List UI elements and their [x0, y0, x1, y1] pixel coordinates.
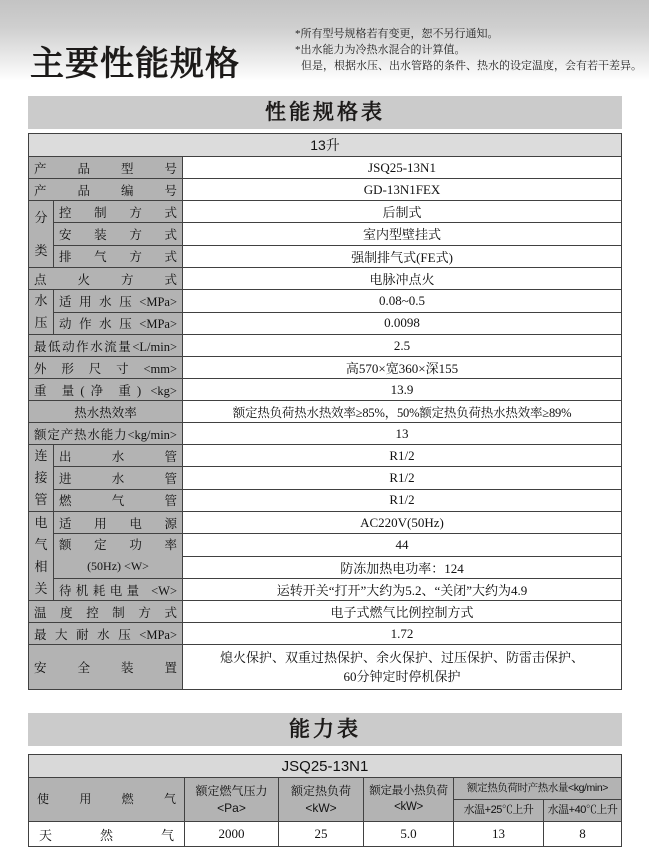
- table-row: 电气相关 适 用 电 源 AC220V(50Hz): [29, 512, 622, 534]
- table-row: 连接管 出 水 管 R1/2: [29, 445, 622, 467]
- note-line: *所有型号规格若有变更，恕不另行通知。: [295, 27, 642, 43]
- col-header-gas-pressure: 额定燃气压力 <Pa>: [185, 778, 279, 822]
- heat-load-unit: <kW>: [282, 800, 360, 816]
- note-line: 但是，根据水压、出水管路的条件、热水的设定温度，会有若干差异。: [295, 59, 642, 75]
- row-label-product-code: 产 品 编 号: [29, 179, 183, 201]
- row-label-inlet-pipe: 进 水 管: [54, 467, 183, 489]
- row-label-temp-control: 温 度 控 制 方 式: [29, 601, 183, 623]
- row-value-outlet-pipe: R1/2: [183, 445, 622, 467]
- safety-value-line1: 熄火保护、双重过热保护、余火保护、过压保护、防雷击保护、: [189, 648, 615, 668]
- row-value-install-method: 室内型壁挂式: [183, 223, 622, 245]
- table-row: 热水热效率 额定热负荷热水热效率≥85%，50%额定热负荷热水热效率≥89%: [29, 401, 622, 423]
- page-header: 主要性能规格 *所有型号规格若有变更，恕不另行通知。 *出水能力为冷热水混合的计…: [0, 0, 649, 92]
- row-value-min-flow: 2.5: [183, 335, 622, 357]
- table-row: 安 装 方 式 室内型壁挂式: [29, 223, 622, 245]
- safety-value-line2: 60分钟定时停机保护: [189, 667, 615, 687]
- table-row: 重 量(净 重) <kg> 13.9: [29, 379, 622, 401]
- table-row: 燃 气 管 R1/2: [29, 489, 622, 511]
- row-label-min-flow: 最低动作水流量<L/min>: [29, 335, 183, 357]
- table-row: 使 用 燃 气 额定燃气压力 <Pa> 额定热负荷 <kW> 额定最小热负荷 <…: [29, 778, 622, 800]
- page-content: 性能规格表 13升 产 品 型 号 JSQ25-13N1 产 品 编 号 GD-…: [28, 96, 622, 847]
- capacity-model-header: JSQ25-13N1: [29, 755, 622, 778]
- row-value-power-supply: AC220V(50Hz): [183, 512, 622, 534]
- row-label-outlet-pipe: 出 水 管: [54, 445, 183, 467]
- col-header-min-heat-load: 额定最小热负荷 <kW>: [364, 778, 454, 822]
- table-row: 天 然 气 2000 25 5.0 13 8: [29, 822, 622, 847]
- row-value-max-pressure: 1.72: [183, 623, 622, 645]
- cell-min-heat-load: 5.0: [364, 822, 454, 847]
- row-label-gas-pipe: 燃 气 管: [54, 489, 183, 511]
- group-label-pipes: 连接管: [29, 445, 54, 512]
- table-row: 分类 控 制 方 式 后制式: [29, 201, 622, 223]
- page-title: 主要性能规格: [30, 36, 240, 85]
- row-value-ignition: 电脉冲点火: [183, 268, 622, 290]
- capacity-table-heading: 能力表: [28, 713, 622, 746]
- row-value-standby-power: 运转开关“打开”大约为5.2、“关闭”大约为4.9: [183, 579, 622, 601]
- table-row: 待机耗电量 <W> 运转开关“打开”大约为5.2、“关闭”大约为4.9: [29, 579, 622, 601]
- row-value-operating-pressure: 0.0098: [183, 312, 622, 335]
- table-row: 动 作 水 压 <MPa> 0.0098: [29, 312, 622, 335]
- gas-pressure-unit: <Pa>: [188, 800, 275, 816]
- table-row: JSQ25-13N1: [29, 755, 622, 778]
- table-row: 最 大 耐 水 压 <MPa> 1.72: [29, 623, 622, 645]
- table-row: 13升: [29, 134, 622, 157]
- spec-table: 13升 产 品 型 号 JSQ25-13N1 产 品 编 号 GD-13N1FE…: [28, 133, 622, 690]
- table-row: 点 火 方 式 电脉冲点火: [29, 268, 622, 290]
- table-row: 温 度 控 制 方 式 电子式燃气比例控制方式: [29, 601, 622, 623]
- table-row: 外 形 尺 寸 <mm> 高570×宽360×深155: [29, 357, 622, 379]
- note-line: *出水能力为冷热水混合的计算值。: [295, 43, 642, 59]
- row-value-product-model: JSQ25-13N1: [183, 157, 622, 179]
- cell-rise-25: 13: [454, 822, 544, 847]
- size-header-cell: 13升: [29, 134, 622, 157]
- row-value-temp-control: 电子式燃气比例控制方式: [183, 601, 622, 623]
- heat-load-label: 额定热负荷: [291, 784, 351, 798]
- spec-table-heading: 性能规格表: [28, 96, 622, 129]
- table-row: 进 水 管 R1/2: [29, 467, 622, 489]
- row-label-max-pressure: 最 大 耐 水 压 <MPa>: [29, 623, 183, 645]
- table-row: 额定产热水能力<kg/min> 13: [29, 423, 622, 445]
- table-row: 排 气 方 式 强制排气式(FE式): [29, 245, 622, 267]
- row-value-rated-capacity: 13: [183, 423, 622, 445]
- cell-fuel: 天 然 气: [29, 822, 185, 847]
- row-value-efficiency: 额定热负荷热水热效率≥85%，50%额定热负荷热水热效率≥89%: [183, 401, 622, 423]
- row-value-exhaust-method: 强制排气式(FE式): [183, 245, 622, 267]
- cell-gas-pressure: 2000: [185, 822, 279, 847]
- gas-pressure-label: 额定燃气压力: [195, 784, 267, 798]
- row-label-product-model: 产 品 型 号: [29, 157, 183, 179]
- row-value-gas-pipe: R1/2: [183, 489, 622, 511]
- col-header-rise-25: 水温+25℃上升: [454, 800, 544, 822]
- col-header-hot-water-output: 额定热负荷时产热水量<kg/min>: [454, 778, 622, 800]
- row-value-antifreeze-power: 防冻加热电功率：124: [183, 557, 622, 579]
- row-value-rated-power: 44: [183, 534, 622, 557]
- rated-power-label-line1: 额 定 功 率: [59, 535, 177, 556]
- group-label-water-pressure: 水压: [29, 290, 54, 335]
- row-label-control-method: 控 制 方 式: [54, 201, 183, 223]
- row-label-operating-pressure: 动 作 水 压 <MPa>: [54, 312, 183, 335]
- min-heat-load-unit: <kW>: [367, 800, 450, 816]
- row-label-applicable-pressure: 适 用 水 压 <MPa>: [54, 290, 183, 313]
- row-label-rated-power: 额 定 功 率 (50Hz) <W>: [54, 534, 183, 579]
- capacity-table: JSQ25-13N1 使 用 燃 气 额定燃气压力 <Pa> 额定热负荷 <kW…: [28, 754, 622, 847]
- col-header-rise-40: 水温+40℃上升: [544, 800, 622, 822]
- row-value-product-code: GD-13N1FEX: [183, 179, 622, 201]
- table-row: 额 定 功 率 (50Hz) <W> 44: [29, 534, 622, 557]
- row-label-exhaust-method: 排 气 方 式: [54, 245, 183, 267]
- table-row: 安 全 装 置 熄火保护、双重过热保护、余火保护、过压保护、防雷击保护、 60分…: [29, 645, 622, 690]
- row-value-dimensions: 高570×宽360×深155: [183, 357, 622, 379]
- row-label-ignition: 点 火 方 式: [29, 268, 183, 290]
- rated-power-label-line2: (50Hz) <W>: [59, 556, 177, 577]
- row-label-standby-power: 待机耗电量 <W>: [54, 579, 183, 601]
- row-label-rated-capacity: 额定产热水能力<kg/min>: [29, 423, 183, 445]
- table-row: 水压 适 用 水 压 <MPa> 0.08~0.5: [29, 290, 622, 313]
- table-row: 最低动作水流量<L/min> 2.5: [29, 335, 622, 357]
- row-value-control-method: 后制式: [183, 201, 622, 223]
- group-label-category: 分类: [29, 201, 54, 268]
- header-notes: *所有型号规格若有变更，恕不另行通知。 *出水能力为冷热水混合的计算值。 但是，…: [295, 27, 642, 75]
- row-value-weight: 13.9: [183, 379, 622, 401]
- row-label-weight: 重 量(净 重) <kg>: [29, 379, 183, 401]
- row-value-applicable-pressure: 0.08~0.5: [183, 290, 622, 313]
- col-header-fuel: 使 用 燃 气: [29, 778, 185, 822]
- row-label-efficiency: 热水热效率: [29, 401, 183, 423]
- min-heat-load-label: 额定最小热负荷: [369, 785, 447, 797]
- col-header-heat-load: 额定热负荷 <kW>: [279, 778, 364, 822]
- row-value-inlet-pipe: R1/2: [183, 467, 622, 489]
- table-row: 产 品 型 号 JSQ25-13N1: [29, 157, 622, 179]
- row-label-dimensions: 外 形 尺 寸 <mm>: [29, 357, 183, 379]
- row-label-power-supply: 适 用 电 源: [54, 512, 183, 534]
- table-row: 产 品 编 号 GD-13N1FEX: [29, 179, 622, 201]
- cell-heat-load: 25: [279, 822, 364, 847]
- row-label-install-method: 安 装 方 式: [54, 223, 183, 245]
- row-label-safety: 安 全 装 置: [29, 645, 183, 690]
- cell-rise-40: 8: [544, 822, 622, 847]
- group-label-electrical: 电气相关: [29, 512, 54, 601]
- row-value-safety: 熄火保护、双重过热保护、余火保护、过压保护、防雷击保护、 60分钟定时停机保护: [183, 645, 622, 690]
